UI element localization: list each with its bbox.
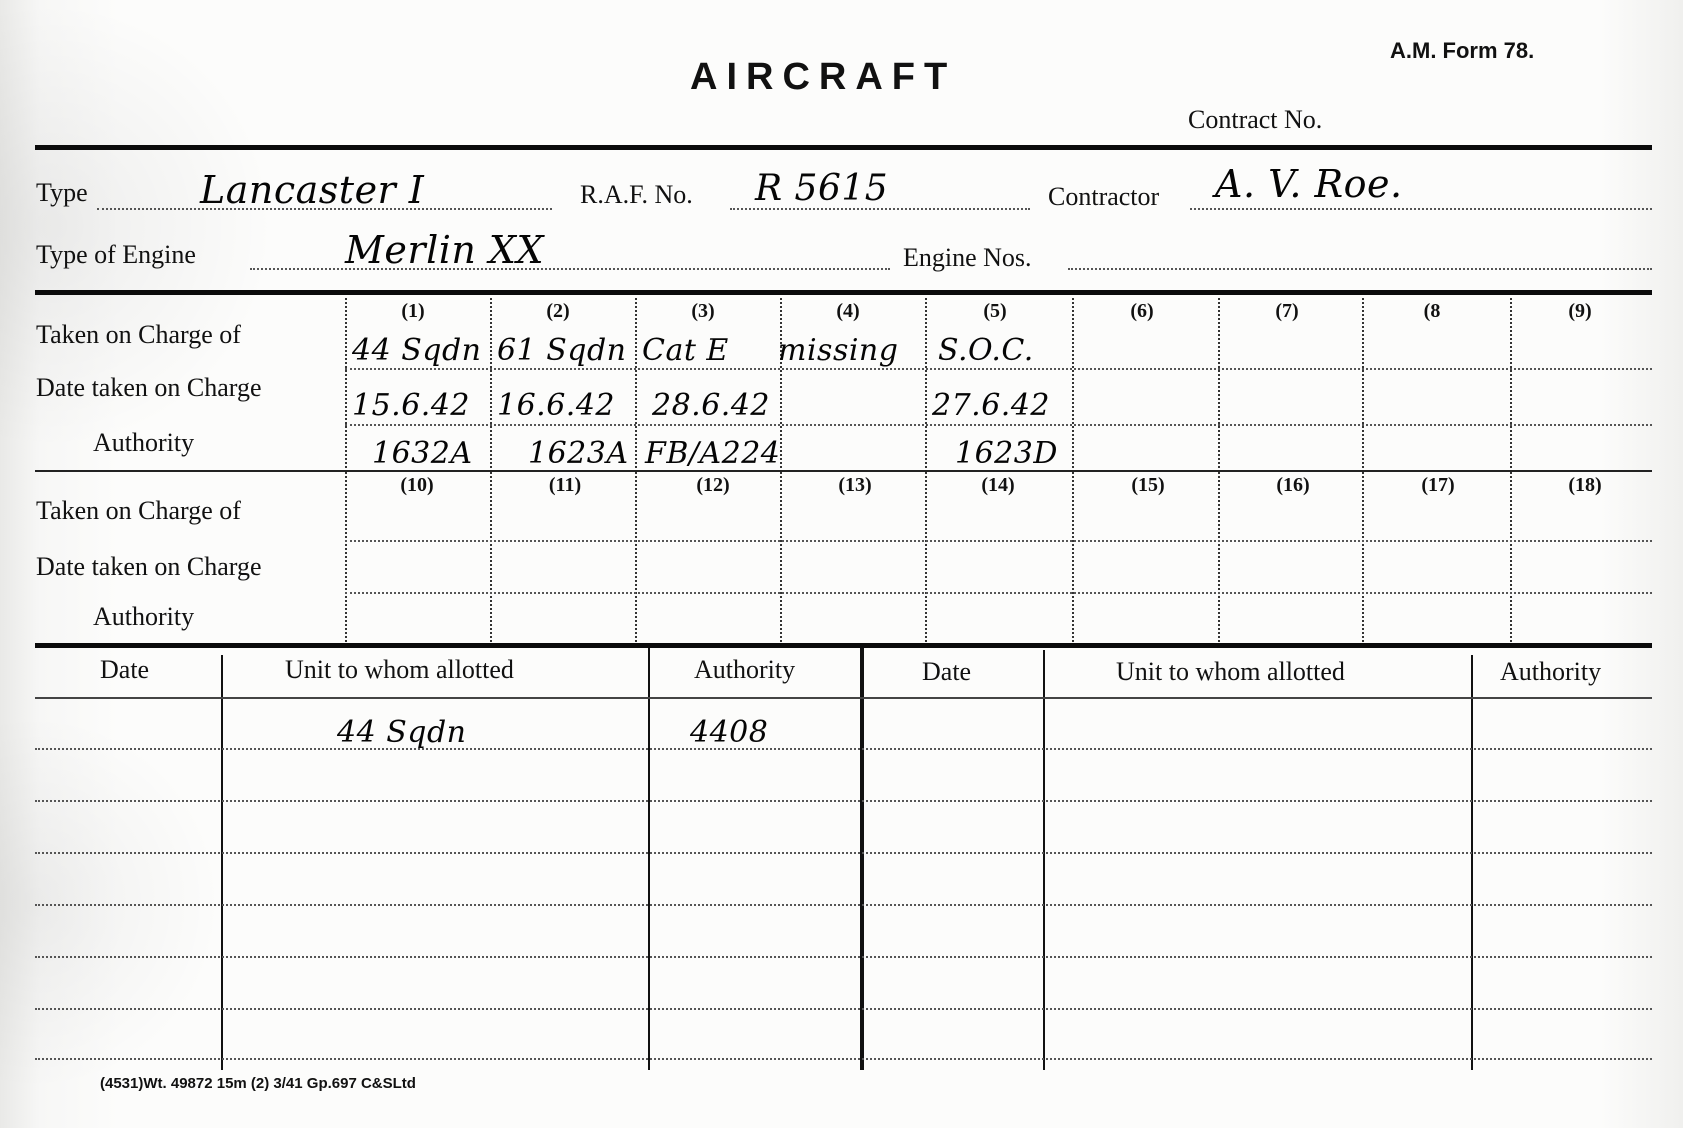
allot-row-line	[35, 1008, 1652, 1010]
allot-left-date-header: Date	[100, 655, 149, 685]
charge-2-authority[interactable]: 1623A	[528, 436, 629, 471]
grid-divider	[1072, 298, 1074, 468]
allot-row-line	[35, 800, 1652, 802]
contractor-value[interactable]: A. V. Roe.	[1215, 162, 1403, 206]
allot-row1-unit[interactable]: 44 Sqdn	[337, 715, 467, 750]
raf-no-value[interactable]: R 5615	[755, 168, 888, 209]
block1-taken-on-charge-label: Taken on Charge of	[36, 320, 241, 350]
charge-grid-top-rule	[35, 290, 1652, 295]
col-num-18: (18)	[1555, 474, 1615, 497]
col-num-11: (11)	[535, 474, 595, 497]
grid-divider	[1510, 298, 1512, 468]
grid-divider	[925, 298, 927, 468]
allot-right-date-header: Date	[922, 657, 971, 687]
block-divider-rule	[35, 470, 1652, 472]
col-num-9: (9)	[1550, 300, 1610, 323]
grid-divider	[345, 298, 347, 468]
contractor-label: Contractor	[1048, 182, 1159, 212]
allot-header-rule	[35, 697, 1652, 699]
charge-2-unit[interactable]: 61 Sqdn	[497, 333, 627, 368]
grid-divider	[635, 298, 637, 468]
grid-divider	[1362, 298, 1364, 468]
allot-left-unit-header: Unit to whom allotted	[285, 655, 514, 685]
grid-divider	[780, 472, 782, 642]
col-num-12: (12)	[683, 474, 743, 497]
grid-divider	[490, 472, 492, 642]
grid-divider	[490, 298, 492, 468]
engine-type-label: Type of Engine	[36, 240, 196, 270]
block2-date-taken-label: Date taken on Charge	[36, 552, 262, 582]
charge-2-date[interactable]: 16.6.42	[497, 388, 615, 423]
type-label: Type	[36, 178, 88, 208]
raf-no-label: R.A.F. No.	[580, 180, 693, 210]
block1-date-taken-label: Date taken on Charge	[36, 373, 262, 403]
col-num-8: (8	[1402, 300, 1462, 323]
col-num-16: (16)	[1263, 474, 1323, 497]
block1-authority-label: Authority	[93, 428, 194, 458]
charge-5-authority[interactable]: 1623D	[955, 436, 1058, 471]
col-num-5: (5)	[965, 300, 1025, 323]
col-num-4: (4)	[818, 300, 878, 323]
col-num-10: (10)	[387, 474, 447, 497]
top-rule	[35, 145, 1652, 150]
col-num-17: (17)	[1408, 474, 1468, 497]
charge-1-unit[interactable]: 44 Sqdn	[352, 333, 482, 368]
contractor-field-line	[1190, 208, 1652, 210]
allotment-top-rule	[35, 643, 1652, 648]
grid-divider	[1362, 472, 1364, 642]
allot-row-line	[35, 956, 1652, 958]
charge-3-date[interactable]: 28.6.42	[652, 388, 770, 423]
grid-row-divider	[345, 368, 1652, 370]
col-num-14: (14)	[968, 474, 1028, 497]
grid-row-divider	[345, 424, 1652, 426]
col-num-1: (1)	[383, 300, 443, 323]
grid-divider	[1072, 472, 1074, 642]
charge-5-date[interactable]: 27.6.42	[932, 388, 1050, 423]
grid-divider	[635, 472, 637, 642]
col-num-6: (6)	[1112, 300, 1172, 323]
grid-divider	[1218, 298, 1220, 468]
printer-imprint: (4531)Wt. 49872 15m (2) 3/41 Gp.697 C&SL…	[100, 1075, 416, 1092]
col-num-2: (2)	[528, 300, 588, 323]
allot-right-authority-header: Authority	[1500, 657, 1601, 687]
contract-no-label: Contract No.	[1188, 105, 1322, 135]
charge-4-unit[interactable]: missing	[778, 333, 898, 368]
grid-divider	[345, 472, 347, 642]
grid-divider	[925, 472, 927, 642]
allot-row1-authority[interactable]: 4408	[690, 715, 768, 750]
allot-row-line	[35, 852, 1652, 854]
allot-right-unit-header: Unit to whom allotted	[1116, 657, 1345, 687]
block2-taken-on-charge-label: Taken on Charge of	[36, 496, 241, 526]
engine-nos-field-line	[1068, 268, 1652, 270]
charge-3-authority[interactable]: FB/A224	[645, 436, 780, 471]
type-value[interactable]: Lancaster I	[200, 168, 424, 212]
allot-center-divider	[860, 648, 864, 1070]
charge-1-date[interactable]: 15.6.42	[352, 388, 470, 423]
engine-type-value[interactable]: Merlin XX	[345, 228, 544, 272]
charge-5-unit[interactable]: S.O.C.	[938, 333, 1034, 368]
engine-nos-label: Engine Nos.	[903, 243, 1032, 273]
charge-3-unit[interactable]: Cat E	[642, 333, 729, 368]
grid-divider	[1218, 472, 1220, 642]
col-num-15: (15)	[1118, 474, 1178, 497]
allot-row-line	[35, 1058, 1652, 1060]
grid-row-divider	[345, 540, 1652, 542]
form-number: A.M. Form 78.	[1390, 38, 1534, 64]
grid-divider	[1510, 472, 1512, 642]
col-num-13: (13)	[825, 474, 885, 497]
col-num-7: (7)	[1257, 300, 1317, 323]
form-title: AIRCRAFT	[690, 56, 956, 99]
block2-authority-label: Authority	[93, 602, 194, 632]
col-num-3: (3)	[673, 300, 733, 323]
allot-col-divider	[648, 648, 650, 1070]
allot-left-authority-header: Authority	[694, 655, 795, 685]
charge-1-authority[interactable]: 1632A	[372, 436, 473, 471]
allot-col-divider	[1043, 650, 1045, 1070]
allot-row-line	[35, 904, 1652, 906]
allot-row-line	[35, 748, 1652, 750]
grid-row-divider	[345, 592, 1652, 594]
